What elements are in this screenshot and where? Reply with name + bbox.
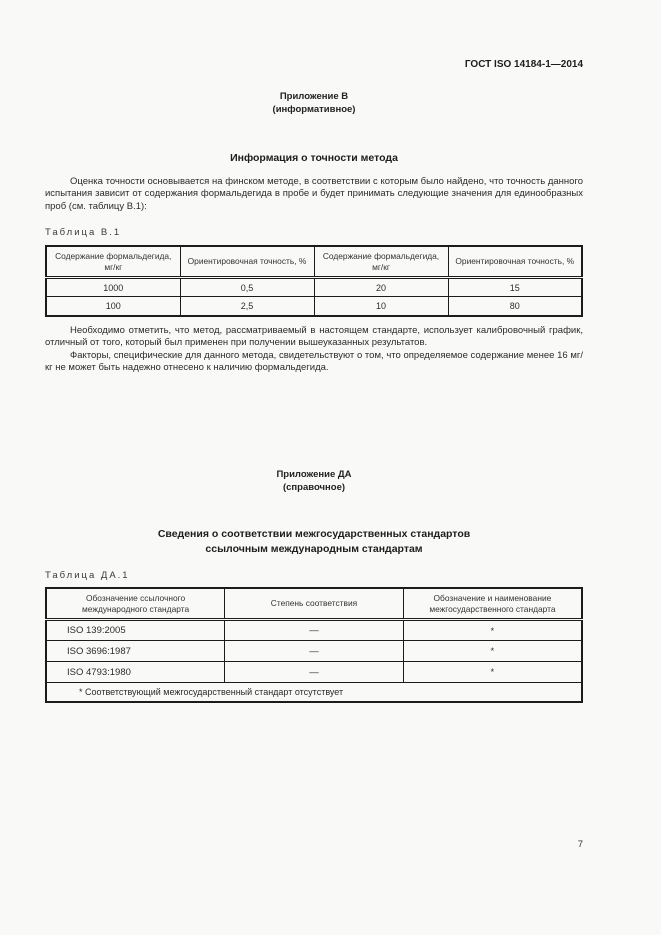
paragraph-text: Оценка точности основывается на финском …: [45, 176, 583, 213]
table-cell: 2,5: [180, 297, 314, 316]
interstate-standard: *: [403, 620, 582, 641]
table-cell: 1000: [46, 278, 180, 297]
annex-b-section-title: Информация о точности метода: [45, 151, 583, 166]
table-cell: 15: [448, 278, 582, 297]
interstate-standard: *: [403, 641, 582, 662]
table-da1-head: Обозначение ссылочного международного ст…: [46, 588, 582, 620]
document-header: ГОСТ ISO 14184-1—2014: [45, 59, 583, 70]
table-b1-header-col2: Ориентировочная точность, %: [180, 246, 314, 278]
table-footnote: * Соответствующий межгосударственный ста…: [46, 683, 582, 702]
standard-designation: ГОСТ ISO 14184-1—2014: [465, 59, 583, 70]
paragraph-text: Необходимо отметить, что метод, рассматр…: [45, 325, 583, 350]
table-row: ISO 4793:1980 — *: [46, 662, 582, 683]
document-page: ГОСТ ISO 14184-1—2014 Приложение В (инфо…: [0, 0, 661, 935]
conformity-degree: —: [225, 662, 404, 683]
referenced-standard: ISO 4793:1980: [46, 662, 225, 683]
table-cell: 20: [314, 278, 448, 297]
table-b1-head: Содержание формальдегида, мг/кг Ориентир…: [46, 246, 582, 278]
annex-da-section-title: Сведения о соответствии межгосударственн…: [45, 527, 583, 557]
section-title-line2: ссылочным международным стандартам: [45, 542, 583, 557]
table-da1-body: ISO 139:2005 — * ISO 3696:1987 — * ISO 4…: [46, 620, 582, 702]
conformity-degree: —: [225, 620, 404, 641]
annex-b-title: Приложение В: [45, 90, 583, 103]
annex-b-subtitle: (информативное): [45, 103, 583, 116]
referenced-standard: ISO 139:2005: [46, 620, 225, 641]
conformity-degree: —: [225, 641, 404, 662]
table-b1-body: 1000 0,5 20 15 100 2,5 10 80: [46, 278, 582, 316]
table-b1-header-col3: Содержание формальдегида, мг/кг: [314, 246, 448, 278]
table-row: ISO 139:2005 — *: [46, 620, 582, 641]
annex-b-paragraphs-2-3: Необходимо отметить, что метод, рассматр…: [45, 325, 583, 375]
page-number: 7: [45, 839, 583, 850]
table-da1-caption: Таблица ДА.1: [45, 570, 583, 581]
table-row: 100 2,5 10 80: [46, 297, 582, 316]
table-da1-header-col3: Обозначение и наименование межгосударств…: [403, 588, 582, 620]
annex-b-paragraph-1: Оценка точности основывается на финском …: [45, 176, 583, 213]
table-da1-header-col2: Степень соответствия: [225, 588, 404, 620]
table-cell: 80: [448, 297, 582, 316]
table-b1: Содержание формальдегида, мг/кг Ориентир…: [45, 245, 583, 317]
annex-da-heading: Приложение ДА (справочное): [45, 468, 583, 494]
table-cell: 10: [314, 297, 448, 316]
table-b1-header-col4: Ориентировочная точность, %: [448, 246, 582, 278]
table-row: ISO 3696:1987 — *: [46, 641, 582, 662]
annex-da-subtitle: (справочное): [45, 481, 583, 494]
table-b1-caption: Таблица В.1: [45, 227, 583, 238]
referenced-standard: ISO 3696:1987: [46, 641, 225, 662]
table-cell: 0,5: [180, 278, 314, 297]
table-footnote-row: * Соответствующий межгосударственный ста…: [46, 683, 582, 702]
table-da1-header-col1: Обозначение ссылочного международного ст…: [46, 588, 225, 620]
annex-da-title: Приложение ДА: [45, 468, 583, 481]
table-header-row: Содержание формальдегида, мг/кг Ориентир…: [46, 246, 582, 278]
table-da1: Обозначение ссылочного международного ст…: [45, 587, 583, 703]
interstate-standard: *: [403, 662, 582, 683]
section-title-line1: Сведения о соответствии межгосударственн…: [45, 527, 583, 542]
paragraph-text: Факторы, специфические для данного метод…: [45, 350, 583, 375]
table-cell: 100: [46, 297, 180, 316]
table-b1-header-col1: Содержание формальдегида, мг/кг: [46, 246, 180, 278]
table-row: 1000 0,5 20 15: [46, 278, 582, 297]
annex-b-heading: Приложение В (информативное): [45, 90, 583, 116]
table-header-row: Обозначение ссылочного международного ст…: [46, 588, 582, 620]
